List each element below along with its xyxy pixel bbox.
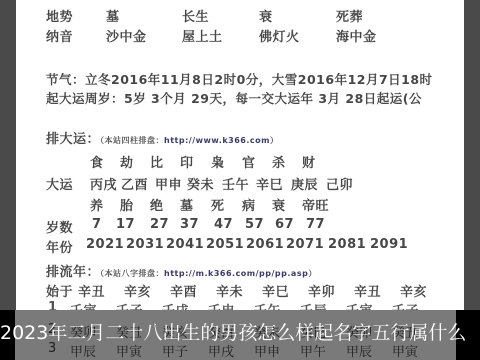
year-row: 年份 2021 2031 2041 2051 2061 2071 2081 20… [16, 237, 464, 253]
shishen-cell: 官 [242, 152, 256, 171]
dishi-value: 长生 [182, 6, 209, 25]
dayun-cell: 壬午 [222, 174, 249, 193]
changsheng-cell: 帝旺 [302, 195, 329, 214]
liunian-note-suffix: ） [308, 269, 317, 278]
liunian-heading: 排流年： [46, 265, 100, 280]
age-cell: 17 [116, 217, 135, 232]
dayun-cell: 乙酉 [121, 174, 148, 193]
liunian-cell: 壬辰 [300, 300, 327, 310]
changsheng-cell: 绝 [150, 195, 164, 214]
changsheng-cell: 墓 [180, 195, 194, 214]
shishen-cell: 食 [90, 152, 104, 171]
changsheng-cell: 死 [211, 195, 225, 214]
year-cell: 2081 [328, 237, 366, 252]
shishen-row: 食 劫 比 印 枭 官 杀 财 [16, 152, 464, 168]
age-cell: 47 [214, 217, 233, 232]
caption-title: 2023年二月二十八出生的男孩怎么样起名字五行属什么 [0, 318, 480, 345]
start-cell: 辛卯 [308, 281, 335, 300]
liunian-cell: 壬寅 [346, 300, 373, 310]
year-cell: 2031 [126, 237, 164, 252]
liunian-cell: 壬戌 [162, 300, 189, 310]
nayin-value: 沙中金 [106, 26, 147, 45]
changsheng-cell: 养 [90, 195, 104, 214]
liunian-heading-line: 排流年：（本站八字排盘：http://m.k366.com/pp/pp.asp） [46, 261, 317, 280]
dayun-cell: 辛巳 [256, 174, 283, 193]
shishen-cell: 印 [180, 152, 194, 171]
liunian-row-1: 1 壬寅 壬子 壬戌 壬申 壬午 壬辰 壬寅 壬子 [16, 300, 464, 310]
changsheng-cell: 胎 [120, 195, 134, 214]
shishen-cell: 财 [302, 152, 316, 171]
year-cell: 2041 [166, 237, 204, 252]
year-cell: 2051 [206, 237, 244, 252]
dayun-cell: 己卯 [326, 174, 353, 193]
dishi-value: 衰 [259, 6, 273, 25]
bazi-document: 地势 墓 长生 衰 死葬 纳音 沙中金 屋上土 佛灯火 海中金 节气：立冬201… [16, 0, 464, 310]
nayin-value: 佛灯火 [259, 26, 300, 45]
row-number: 1 [48, 300, 58, 310]
start-cell: 辛未 [216, 281, 243, 300]
qiyun-line: 起大运周岁：5岁 3个月 29天，每一交大运年 3月 28日起运(公 [46, 89, 422, 107]
start-cell: 辛丑 [78, 281, 105, 300]
right-margin-bar [464, 0, 480, 310]
start-cell: 辛亥 [124, 281, 151, 300]
nayin-value: 屋上土 [182, 26, 223, 45]
shiyu-label: 始于 [46, 281, 73, 300]
dayun-cell: 癸未 [187, 174, 214, 193]
liunian-cell: 壬午 [254, 300, 281, 310]
age-cell: 27 [150, 217, 169, 232]
age-row: 岁数 7 17 27 37 47 57 67 77 [16, 217, 464, 233]
liunian-start-row: 始于 辛丑 辛亥 辛酉 辛未 辛巳 辛卯 辛丑 辛亥 [16, 281, 464, 297]
year-cell: 2071 [286, 237, 324, 252]
dayun-note-link[interactable]: http://www.k366.com [164, 136, 270, 145]
shishen-cell: 比 [150, 152, 164, 171]
dayun-note-suffix: ） [270, 136, 279, 145]
changsheng-cell: 病 [242, 195, 256, 214]
start-cell: 辛亥 [400, 281, 427, 300]
year-label: 年份 [46, 237, 73, 256]
dayun-heading-line: 排大运：（本站四柱排盘：http://www.k366.com） [46, 128, 278, 147]
age-cell: 37 [180, 217, 199, 232]
year-cell: 2021 [86, 237, 124, 252]
liunian-cell: 壬申 [208, 300, 235, 310]
changsheng-row: 养 胎 绝 墓 死 病 衰 帝旺 [16, 195, 464, 211]
dishi-value: 死葬 [336, 6, 363, 25]
liunian-cell: 壬子 [116, 300, 143, 310]
liunian-cell: 壬子 [392, 300, 419, 310]
jieqi-line: 节气：立冬2016年11月8日2时0分，大雪2016年12月7日18时 [46, 70, 433, 88]
age-cell: 67 [275, 217, 294, 232]
age-cell: 77 [306, 217, 325, 232]
start-cell: 辛丑 [354, 281, 381, 300]
dayun-cell: 庚辰 [291, 174, 318, 193]
shishen-cell: 杀 [272, 152, 286, 171]
liunian-note-prefix: （本站八字排盘： [100, 269, 164, 278]
nayin-value: 海中金 [336, 26, 377, 45]
left-margin-bar [0, 0, 16, 310]
dishi-value: 墓 [106, 6, 120, 25]
dayun-heading: 排大运： [46, 132, 100, 147]
dayun-row: 大运 丙戌 乙酉 甲申 癸未 壬午 辛巳 庚辰 己卯 [16, 174, 464, 190]
changsheng-cell: 衰 [272, 195, 286, 214]
age-cell: 7 [92, 217, 102, 232]
liunian-cell: 壬寅 [70, 300, 97, 310]
dayun-note-prefix: （本站四柱排盘： [100, 136, 164, 145]
dayun-cell: 丙戌 [90, 174, 117, 193]
age-label: 岁数 [46, 217, 73, 236]
year-cell: 2091 [370, 237, 408, 252]
liunian-note-link[interactable]: http://m.k366.com/pp/pp.asp [164, 269, 308, 278]
dayun-cell: 甲申 [155, 174, 182, 193]
age-cell: 57 [245, 217, 264, 232]
year-cell: 2061 [246, 237, 284, 252]
dayun-label: 大运 [46, 174, 73, 193]
shishen-cell: 枭 [211, 152, 225, 171]
start-cell: 辛酉 [170, 281, 197, 300]
shishen-cell: 劫 [120, 152, 134, 171]
start-cell: 辛巳 [262, 281, 289, 300]
nayin-label: 纳音 [46, 26, 73, 45]
dishi-label: 地势 [46, 6, 73, 25]
